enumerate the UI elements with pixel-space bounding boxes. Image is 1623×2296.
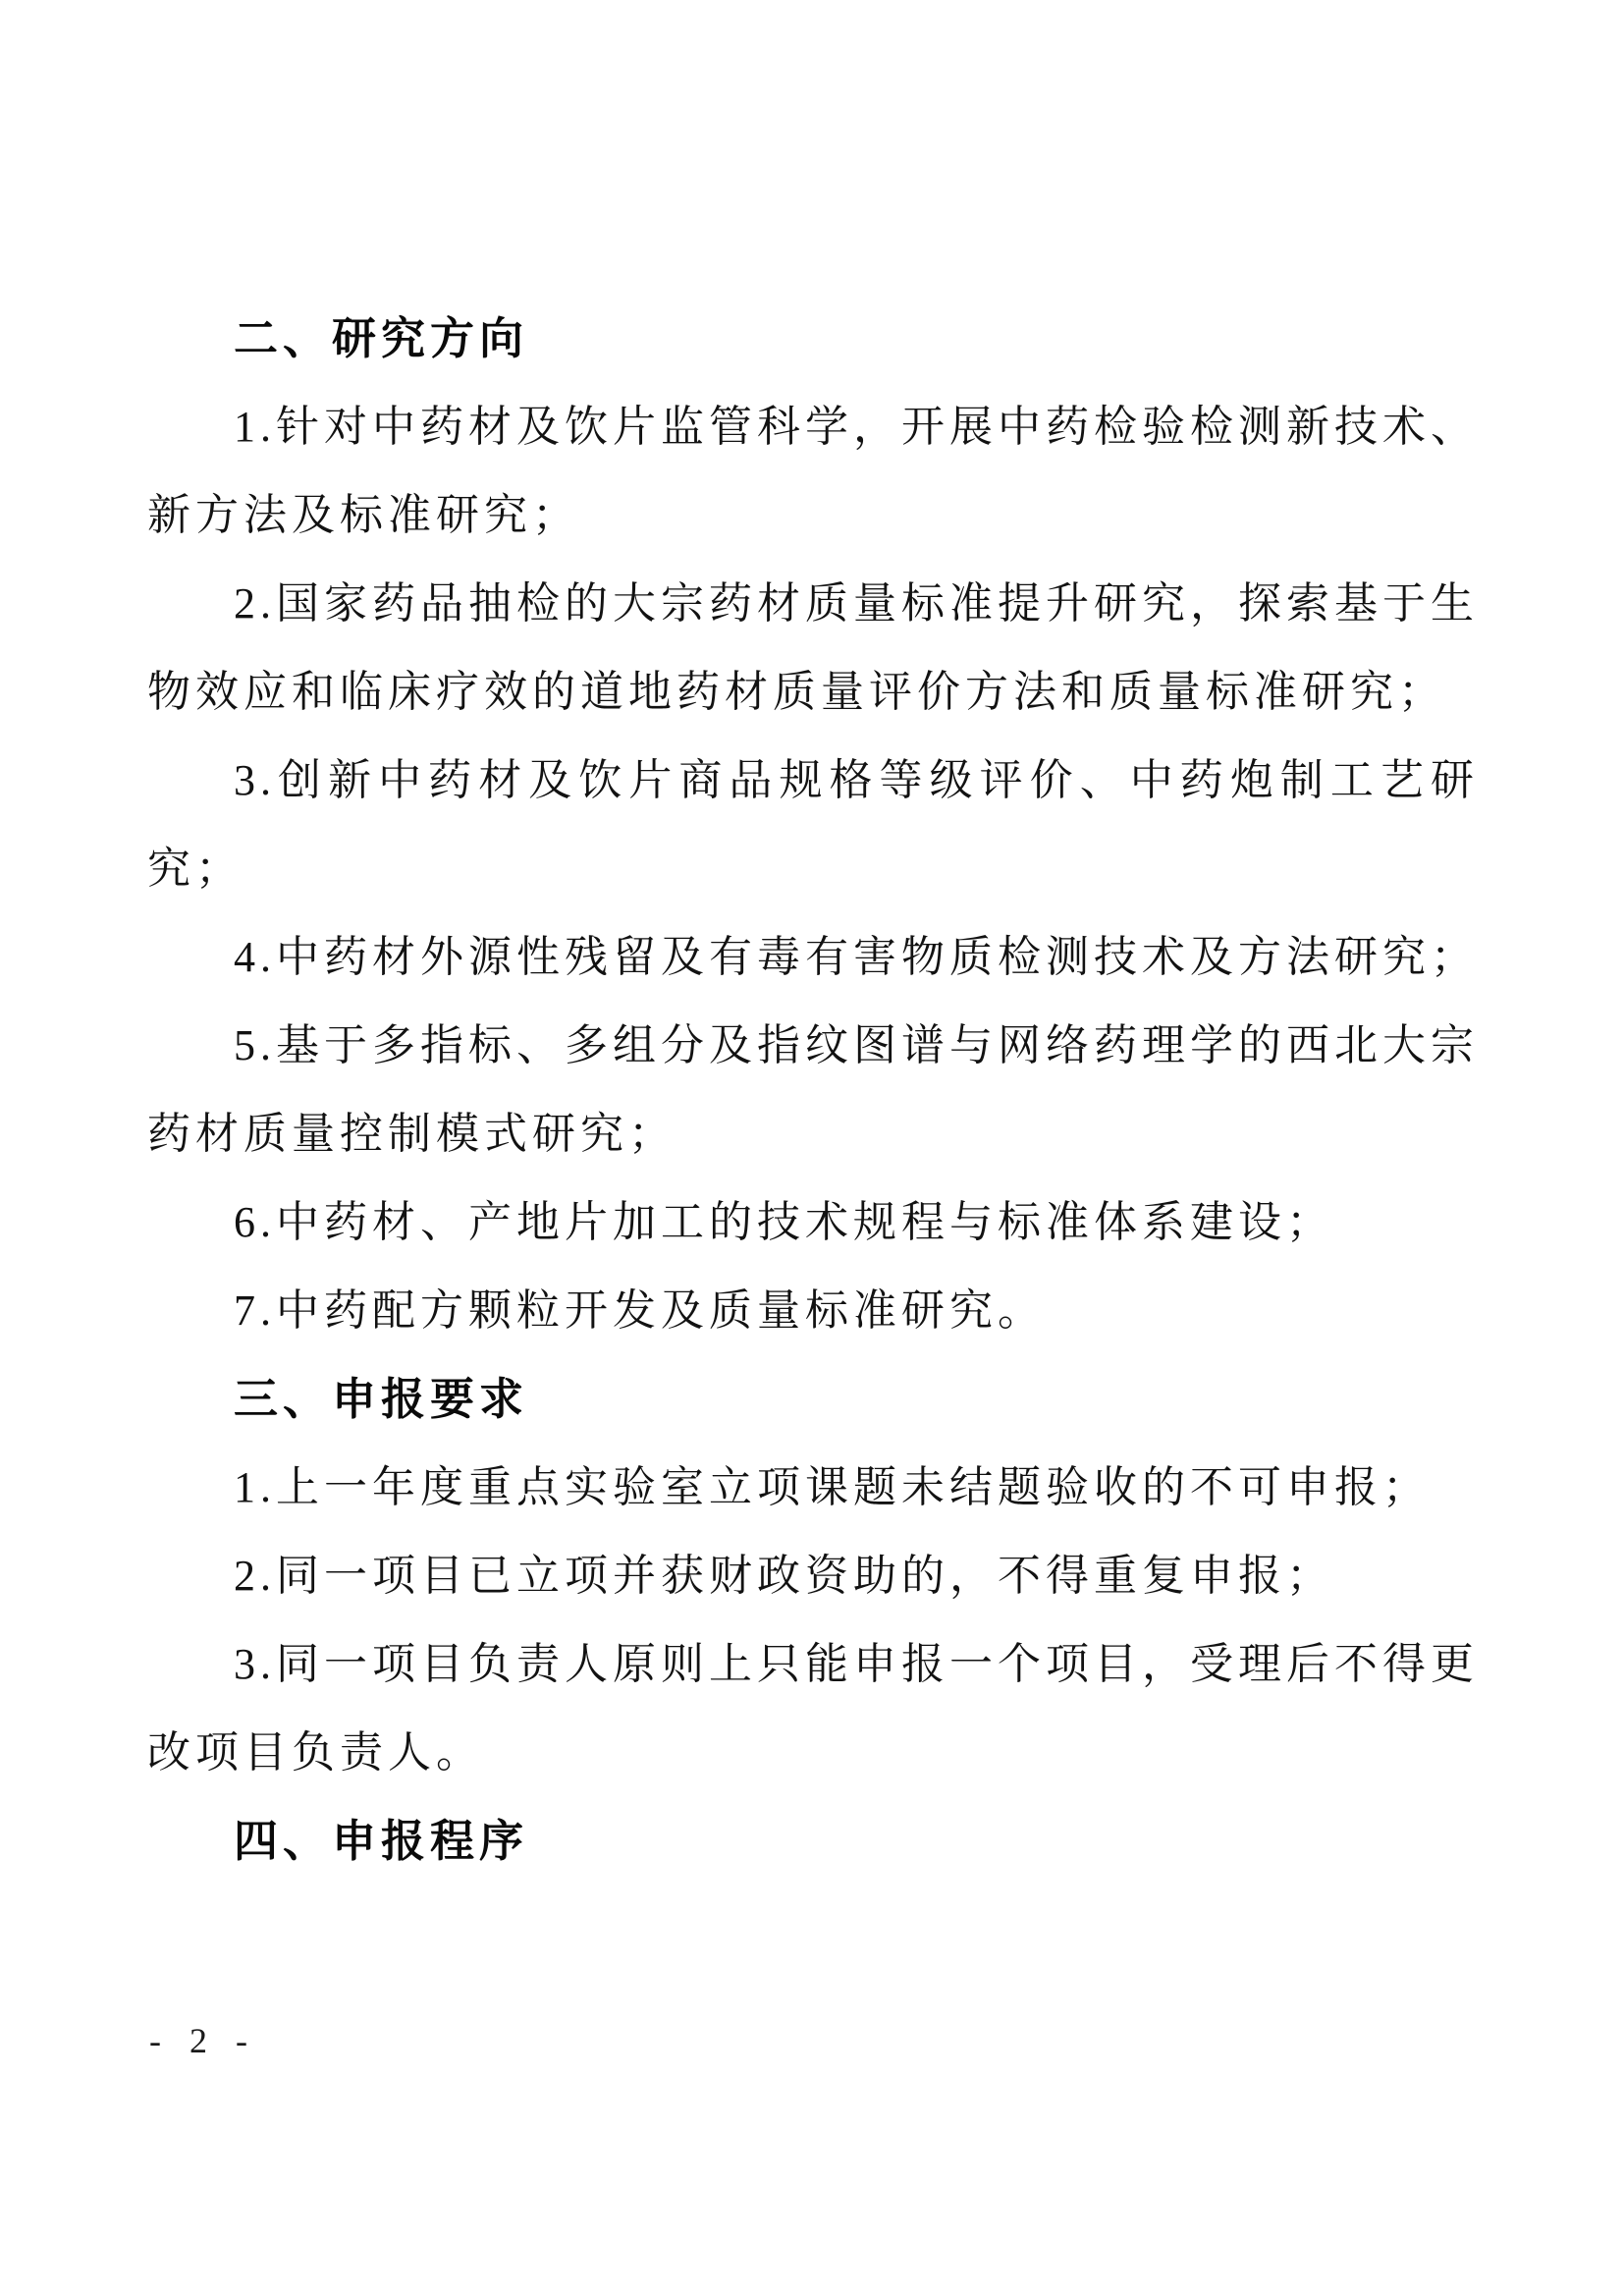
- body-paragraph: 6.中药材、产地片加工的技术规程与标准体系建设；: [147, 1178, 1479, 1267]
- section-heading-research-directions: 二、研究方向: [147, 295, 1479, 383]
- body-paragraph: 3.同一项目负责人原则上只能申报一个项目，受理后不得更改项目负责人。: [147, 1620, 1479, 1797]
- body-paragraph: 5.基于多指标、多组分及指纹图谱与网络药理学的西北大宗药材质量控制模式研究；: [147, 1002, 1479, 1178]
- section-heading-application-requirements: 三、申报要求: [147, 1355, 1479, 1444]
- document-page: 二、研究方向 1.针对中药材及饮片监管科学，开展中药检验检测新技术、新方法及标准…: [0, 0, 1623, 2296]
- page-number: - 2 -: [149, 2011, 257, 2070]
- body-paragraph: 7.中药配方颗粒开发及质量标准研究。: [147, 1267, 1479, 1355]
- document-body: 二、研究方向 1.针对中药材及饮片监管科学，开展中药检验检测新技术、新方法及标准…: [147, 295, 1479, 1886]
- body-paragraph: 4.中药材外源性残留及有毒有害物质检测技术及方法研究；: [147, 913, 1479, 1002]
- body-paragraph: 2.国家药品抽检的大宗药材质量标准提升研究，探索基于生物效应和临床疗效的道地药材…: [147, 560, 1479, 737]
- section-heading-application-procedure: 四、申报程序: [147, 1797, 1479, 1886]
- body-paragraph: 1.针对中药材及饮片监管科学，开展中药检验检测新技术、新方法及标准研究；: [147, 383, 1479, 560]
- body-paragraph: 2.同一项目已立项并获财政资助的，不得重复申报；: [147, 1532, 1479, 1620]
- body-paragraph: 1.上一年度重点实验室立项课题未结题验收的不可申报；: [147, 1444, 1479, 1532]
- body-paragraph: 3.创新中药材及饮片商品规格等级评价、中药炮制工艺研究；: [147, 737, 1479, 913]
